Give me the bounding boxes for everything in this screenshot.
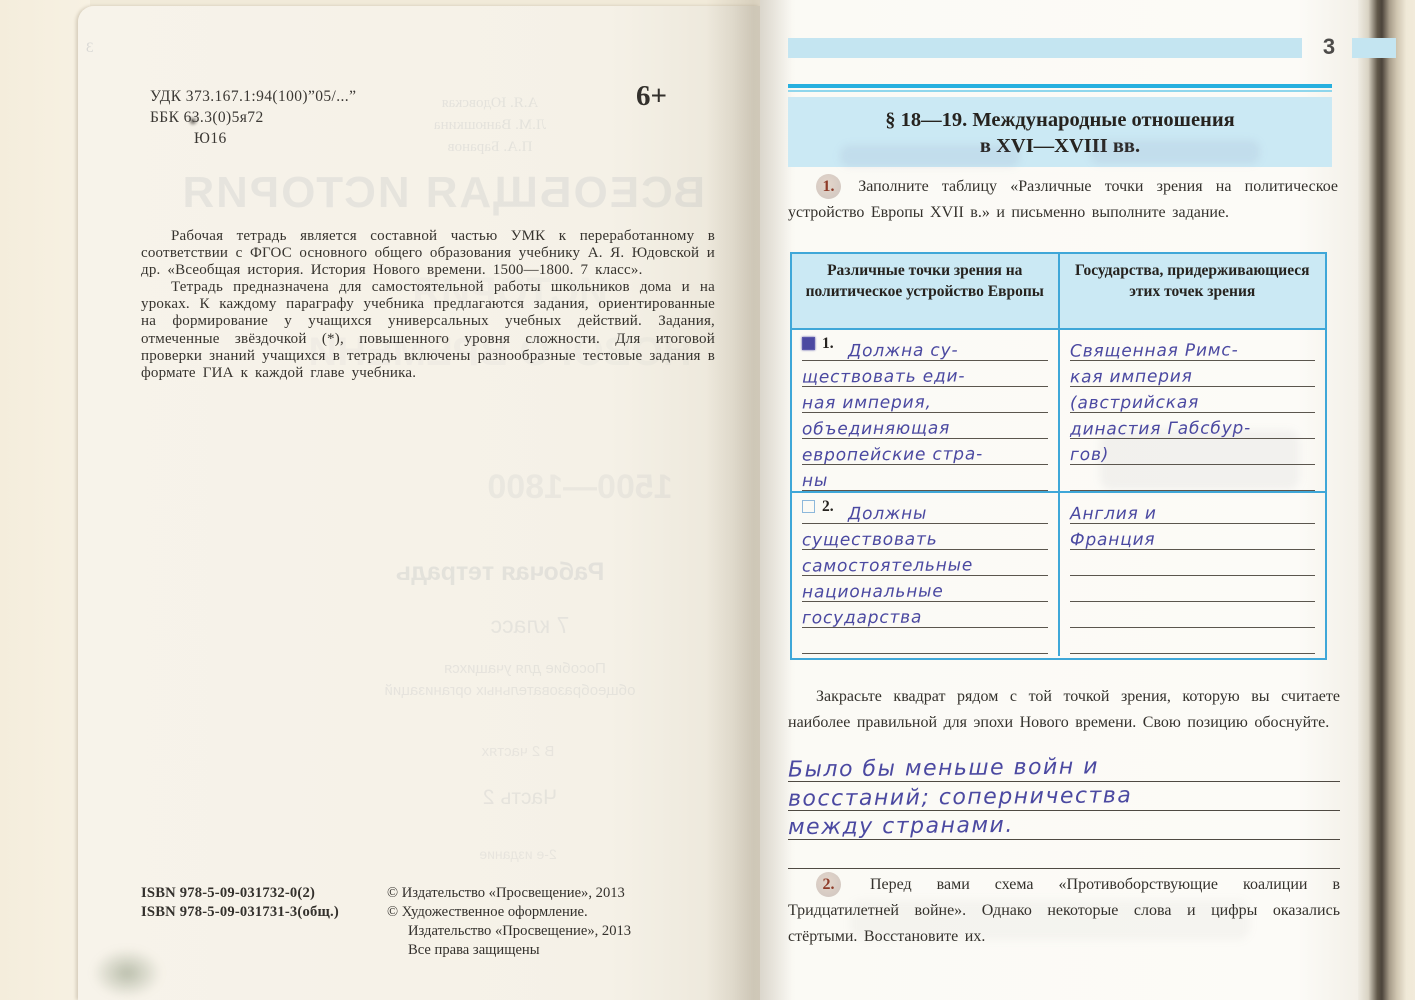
answer-line: восстаний; соперничества	[788, 782, 1340, 811]
handwriting: национальные	[802, 582, 944, 603]
bleedthrough-parts: В 2 частях	[448, 743, 588, 760]
writing-line: ществовать еди-	[802, 361, 1048, 387]
bleedthrough-authors: А.Я. Юдовская Л.М. Ванюшкина П.А. Барано…	[380, 92, 600, 158]
row-number: 1.	[822, 335, 834, 352]
writing-line: Священная Римс-	[1070, 335, 1316, 361]
handwriting: существовать	[802, 530, 938, 551]
bleedthrough-author: А.Я. Юдовская	[380, 92, 600, 114]
bleedthrough-edition: 2-е издание	[448, 846, 588, 862]
writing-line: (австрийская	[1070, 387, 1316, 413]
writing-line	[1070, 576, 1316, 602]
handwriting: Должна су-	[848, 341, 958, 362]
isbn-block: ISBN 978-5-09-031732-0(2) ISBN 978-5-09-…	[141, 884, 339, 922]
checkbox-empty-icon	[802, 500, 815, 513]
writing-line	[1070, 465, 1316, 491]
isbn-line: ISBN 978-5-09-031732-0(2)	[141, 884, 339, 903]
handwriting: ществовать еди-	[802, 366, 965, 387]
handwriting: Священная Римс-	[1069, 340, 1238, 361]
handwriting: ная империя,	[802, 393, 932, 414]
handwriting: гов)	[1069, 445, 1108, 465]
handwriting: европейские стра-	[802, 444, 983, 465]
handwriting: ны	[802, 471, 828, 491]
points-of-view-table: Различные точки зрения на политическое у…	[790, 252, 1327, 660]
book-page-block-edge	[1358, 0, 1415, 1000]
writing-line: Франция	[1070, 524, 1316, 550]
answer-line: Было бы меньше войн и	[788, 753, 1340, 782]
copyright-line: Издательство «Просвещение», 2013	[387, 922, 631, 941]
annotation-paragraph: Тетрадь предназначена для самостоятельно…	[141, 279, 715, 382]
table-row: 1. Должна су- ществовать еди- ная импери…	[792, 330, 1325, 493]
writing-line: ная империя,	[802, 387, 1048, 413]
handwriting: династия Габсбур-	[1069, 418, 1250, 439]
answer-line: между странами.	[788, 811, 1340, 840]
writing-line: национальные	[802, 576, 1048, 602]
checkbox-filled-icon	[802, 337, 815, 350]
page-number: 3	[1308, 34, 1350, 60]
task1b-paragraph: Закрасьте квадрат рядом с той точкой зре…	[788, 684, 1340, 736]
table-header-row: Различные точки зрения на политическое у…	[792, 254, 1325, 330]
section-rule-thin	[788, 90, 1332, 92]
handwriting: Было бы меньше войн и	[788, 754, 1099, 782]
copyright-line: © Художественное оформление.	[387, 903, 631, 922]
author-code-line: Ю16	[150, 128, 356, 149]
task2-text: Перед вами схема «Противоборствующие коа…	[788, 876, 1340, 945]
writing-line: ны	[802, 465, 1048, 491]
writing-line: самостоятельные	[802, 550, 1048, 576]
isbn-line: ISBN 978-5-09-031731-3(общ.)	[141, 903, 339, 922]
copyright-line: © Издательство «Просвещение», 2013	[387, 884, 631, 903]
writing-line	[1070, 602, 1316, 628]
writing-line: 2. Должны	[802, 498, 1048, 524]
bleedthrough-grade: 7 класс	[455, 612, 605, 639]
writing-line: Англия и	[1070, 498, 1316, 524]
copyright-block: © Издательство «Просвещение», 2013 © Худ…	[387, 884, 631, 960]
table-cell-states-1: Священная Римс- кая империя (австрийская…	[1058, 330, 1326, 491]
bleedthrough-smudge	[840, 145, 1020, 167]
handwriting: (австрийская	[1069, 393, 1198, 414]
bleedthrough-page-number: 3	[86, 40, 94, 57]
writing-line	[1070, 550, 1316, 576]
udk-bbk-block: УДК 373.167.1:94(100)”05/...” ББК 63.3(0…	[150, 86, 356, 149]
table-cell-opinion-2: 2. Должны существовать самостоятельные н…	[792, 493, 1058, 656]
section-title-line1: § 18—19. Международные отношения	[788, 107, 1332, 133]
table-cell-states-2: Англия и Франция	[1058, 493, 1326, 656]
bleedthrough-part: Часть 2	[455, 786, 585, 810]
task1-paragraph: 1. Заполните таблицу «Различные точки зр…	[788, 174, 1338, 226]
writing-line: объединяющая	[802, 413, 1048, 439]
header-bar-edge	[1352, 38, 1396, 58]
bleedthrough-series-title: ВСЕОБЩАЯ ИСТОРИЯ	[255, 168, 705, 218]
task1b-text: Закрасьте квадрат рядом с той точкой зре…	[788, 684, 1340, 736]
table-header-col2: Государства, придерживаю­щиеся этих точе…	[1058, 254, 1326, 328]
bleedthrough-note: общеобразовательных организаций	[345, 682, 675, 699]
annotation-paragraph: Рабочая тетрадь является составной часть…	[141, 228, 715, 279]
writing-line: династия Габсбур-	[1070, 413, 1316, 439]
task1-number-badge: 1.	[816, 174, 841, 199]
task1-text: Заполните таблицу «Различные точки зрени…	[788, 178, 1338, 221]
header-bar	[788, 38, 1302, 58]
handwriting: самостоятельные	[802, 555, 973, 576]
copyright-line: Все права защищены	[387, 941, 631, 960]
book-gutter-shadow	[706, 0, 792, 1000]
task2-number-badge: 2.	[816, 872, 841, 897]
writing-line	[802, 628, 1048, 654]
table-row: 2. Должны существовать самостоятельные н…	[792, 493, 1325, 656]
writing-line: государства	[802, 602, 1048, 628]
writing-line: 1. Должна су-	[802, 335, 1048, 361]
bleedthrough-subtitle: Рабочая тетрадь	[375, 558, 625, 587]
answer-line	[788, 840, 1340, 869]
handwriting: Англия и	[1069, 504, 1156, 525]
handwriting: Должны	[848, 504, 927, 525]
bleedthrough-smudge	[1090, 140, 1260, 164]
scan-smudge	[92, 948, 162, 998]
handwriting: кая империя	[1069, 367, 1192, 388]
bleedthrough-years: 1500—1800	[460, 468, 700, 507]
handwriting: Франция	[1069, 530, 1155, 551]
row-number: 2.	[822, 498, 834, 515]
bbk-line: ББК 63.3(0)5я72	[150, 107, 356, 128]
table-header-col1: Различные точки зрения на политическое у…	[792, 254, 1058, 328]
handwriting: государства	[802, 608, 922, 629]
handwriting: объединяющая	[802, 418, 950, 439]
scanned-book-spread: 3 УДК 373.167.1:94(100)”05/...” ББК 63.3…	[0, 0, 1415, 1000]
bleedthrough-author: П.А. Баранов	[380, 136, 600, 158]
book-cover-edge	[0, 0, 90, 1000]
writing-line: европейские стра-	[802, 439, 1048, 465]
handwriting: восстаний; соперничества	[788, 783, 1133, 812]
writing-line: кая империя	[1070, 361, 1316, 387]
written-answer-block: Было бы меньше войн и восстаний; соперни…	[788, 753, 1340, 869]
annotation-text-block: Рабочая тетрадь является составной часть…	[141, 228, 715, 382]
writing-line: гов)	[1070, 439, 1316, 465]
section-rule	[788, 84, 1332, 88]
udk-line: УДК 373.167.1:94(100)”05/...”	[150, 86, 356, 107]
writing-line	[1070, 628, 1316, 654]
task2-paragraph: 2. Перед вами схема «Противоборствующие …	[788, 872, 1340, 950]
age-rating-badge: 6+	[636, 80, 667, 113]
handwriting: между странами.	[788, 813, 1014, 840]
writing-line: существовать	[802, 524, 1048, 550]
table-cell-opinion-1: 1. Должна су- ществовать еди- ная импери…	[792, 330, 1058, 491]
bleedthrough-author: Л.М. Ванюшкина	[380, 114, 600, 136]
bleedthrough-note: Пособие для учащихся	[400, 660, 650, 677]
